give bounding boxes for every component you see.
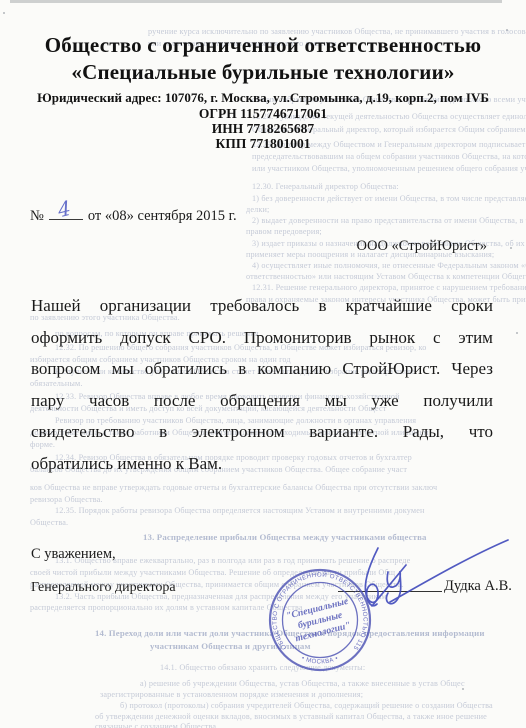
letterhead: Общество с ограниченной ответственностью… — [0, 32, 526, 151]
ghost-line: об утверждении денежной оценки вкладов, … — [95, 712, 487, 721]
signature-u-stroke — [386, 571, 400, 604]
ghost-line: или участником Общества, уполномоченным … — [252, 164, 526, 173]
ghost-line: 2) выдает доверенности на право представ… — [252, 216, 526, 225]
ghost-line: ответственностью» или настоящим Уставом … — [246, 272, 526, 281]
ghost-line: 12.30. Генеральный директор Общества: — [252, 182, 399, 191]
ghost-line: правом передоверия; — [246, 227, 322, 236]
body-line: свидетельствовэлектронномварианте.Рады,ч… — [31, 422, 493, 454]
number-sign: № — [30, 208, 44, 224]
scanned-letter-page: ручение курса исключительно по заявлению… — [0, 0, 526, 728]
handwritten-signature — [326, 520, 516, 615]
ghost-line: распределяется пропорционально их долям … — [30, 603, 303, 612]
ghost-line: 12.35. Порядок работы ревизора Общества … — [55, 506, 425, 515]
body-line: вопросоммыобратилисьвкомпаниюСтройЮрист.… — [31, 359, 493, 391]
letter-body: Нашейорганизациитребовалосьвкратчайшиеср… — [31, 296, 493, 485]
org-inn: ИНН 7718265687 — [0, 121, 526, 136]
ghost-line: ревизора Общества. — [30, 495, 103, 504]
handwritten-number: 4 — [56, 196, 72, 223]
ghost-line: 1) без доверенности действует от имени О… — [252, 194, 526, 203]
body-line: Нашейорганизациитребовалосьвкратчайшиеср… — [31, 296, 493, 328]
ghost-line: 12.31. Решение генерального директора, п… — [252, 283, 526, 292]
body-line: паручасовпослеобращениямыужеполучили — [31, 391, 493, 423]
date-text: от «08» сентября 2015 г. — [88, 208, 237, 224]
ghost-line: б) протокол (протоколы) собрания учредит… — [120, 701, 493, 710]
body-line: обратились именно к Вам. — [31, 454, 493, 486]
signature-flourish-stroke — [390, 540, 508, 602]
ghost-line: 4) осуществляет иные полномочия, не отне… — [252, 261, 526, 270]
body-line: оформитьдопускСРО.Промониториврыноксэтим — [31, 328, 493, 360]
org-type: Общество с ограниченной ответственностью — [0, 32, 526, 59]
reference-line: №4от «08» сентября 2015 г. — [30, 204, 237, 225]
ghost-line: связанные с созданием Общества — [95, 722, 216, 728]
number-blank: 4 — [49, 204, 83, 220]
stamp-bottom-text: • МОСКВА • — [300, 655, 339, 666]
ghost-line: делки; — [246, 205, 269, 214]
org-kpp: КПП 771801001 — [0, 136, 526, 151]
org-name: «Специальные бурильные технологии» — [0, 59, 526, 86]
closing-position: Генерального директора — [31, 580, 176, 596]
signature-loop-stroke — [365, 548, 378, 606]
closing-regards: С уважением, — [31, 546, 116, 563]
ghost-line: председательствовавшим на общем собрании… — [252, 152, 526, 161]
org-ogrn: ОГРН 1157746717061 — [0, 106, 526, 121]
ghost-line: зарегистрированные в установленном поряд… — [100, 690, 363, 699]
addressee: ООО «СтройЮрист» — [357, 238, 487, 255]
org-address: Юридический адрес: 107076, г. Москва, ул… — [0, 90, 526, 106]
ghost-line: Общества. — [30, 518, 68, 527]
ghost-line: а) решение об учреждении Общества, устав… — [140, 679, 465, 688]
